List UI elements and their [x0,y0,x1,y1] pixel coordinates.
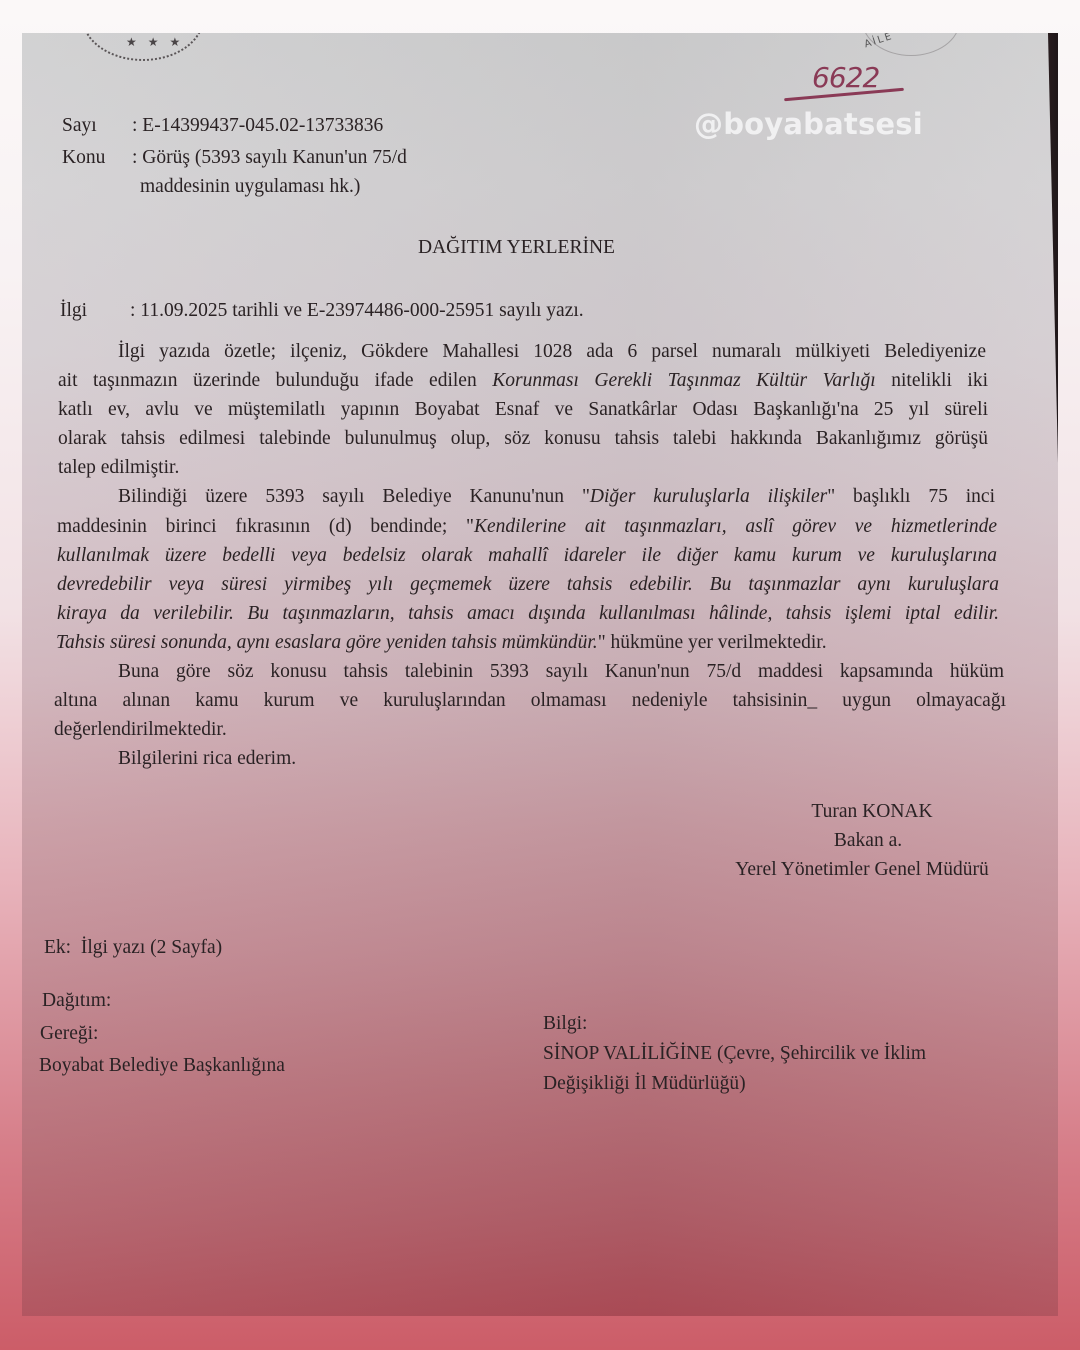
p2-l1c: " başlıklı 75 inci [827,486,995,507]
p1-line3: katlı ev, avlu ve müştemilatlı yapının B… [58,395,988,424]
gereği-label: Gereği: [40,1019,98,1048]
signature-title1: Bakan a. [708,826,1028,855]
p2-line6: Tahsis süresi sonunda, aynı esaslara gör… [56,628,827,657]
p2-line2: maddesinin birinci fıkrasının (d) bendin… [57,512,997,541]
signature-title2: Yerel Yönetimler Genel Müdürü [702,855,1022,884]
addressee-heading: DAĞITIM YERLERİNE [418,233,615,262]
p1-line4: olarak tahsis edilmesi talebinde bulunul… [58,424,988,453]
p2-line4: devredebilir veya süresi yirmibeş yılı g… [57,570,999,599]
p2-l6b: " hükmüne yer verilmektedir. [598,632,827,653]
konu-row: Konu: Görüş (5393 sayılı Kanun'un 75/d [62,143,407,172]
p2-line5: kiraya da verilebilir. Bu taşınmazların,… [57,599,999,628]
p1-line2: ait taşınmazın üzerinde bulunduğu ifade … [58,366,988,395]
p1-line5: talep edilmiştir. [58,453,179,482]
p1-line2-c: nitelikli iki [876,370,988,391]
p3-line1: Buna göre söz konusu tahsis talebinin 53… [118,657,1004,686]
attachment-value: İlgi yazı (2 Sayfa) [81,937,222,958]
bilgi-line2: Değişikliği İl Müdürlüğü) [543,1069,746,1098]
document-photo: ★ ★ ★ AİLE 6622 Sayı: E-14399437-045.02-… [22,33,1058,1316]
p2-l2b-italic: Kendilerine ait taşınmazları, aslî görev… [474,516,997,537]
konu-label: Konu [62,143,132,172]
watermark-handle: @boyabatsesi [694,107,923,141]
bilgi-line1: SİNOP VALİLİĞİNE (Çevre, Şehircilik ve İ… [543,1039,926,1068]
p2-line3: kullanılmak üzere bedelli veya bedelsiz … [57,541,997,570]
distribution-label: Dağıtım: [42,986,111,1015]
p2-l6a-italic: Tahsis süresi sonunda, aynı esaslara gör… [56,632,598,653]
p2-l2a: maddesinin birinci fıkrasının (d) bendin… [57,516,474,537]
ilgi-row: İlgi: 11.09.2025 tarihli ve E-23974486-0… [60,296,584,325]
attachment-row: Ek: İlgi yazı (2 Sayfa) [44,933,222,962]
konu-value-line2: maddesinin uygulaması hk.) [140,172,360,201]
sayi-value: : E-14399437-045.02-13733836 [132,115,383,136]
document-body: Sayı: E-14399437-045.02-13733836 Konu: G… [22,33,1058,1316]
p3-line3: değerlendirilmektedir. [54,715,227,744]
p1-line2-a: ait taşınmazın üzerinde bulunduğu ifade … [58,370,492,391]
sayi-label: Sayı [62,111,132,140]
signature-name: Turan KONAK [712,797,1032,826]
p1-line1: İlgi yazıda özetle; ilçeniz, Gökdere Mah… [60,337,986,366]
gereği-value: Boyabat Belediye Başkanlığına [39,1051,285,1080]
closing-line: Bilgilerini rica ederim. [118,744,296,773]
bilgi-label: Bilgi: [543,1009,587,1038]
ilgi-label: İlgi [60,296,130,325]
p3-line2: altına alınan kamu kurum ve kuruluşların… [54,686,1006,715]
p2-l1b-italic: Diğer kuruluşlarla ilişkiler [590,486,827,507]
p2-line1: Bilindiği üzere 5393 sayılı Belediye Kan… [118,482,995,511]
konu-value-line1: : Görüş (5393 sayılı Kanun'un 75/d [132,147,407,168]
p2-l1a: Bilindiği üzere 5393 sayılı Belediye Kan… [118,486,590,507]
attachment-label: Ek: [44,937,71,958]
p1-line2-italic: Korunması Gerekli Taşınmaz Kültür Varlığ… [492,370,876,391]
sayi-row: Sayı: E-14399437-045.02-13733836 [62,111,383,140]
ilgi-value: : 11.09.2025 tarihli ve E-23974486-000-2… [130,300,584,321]
